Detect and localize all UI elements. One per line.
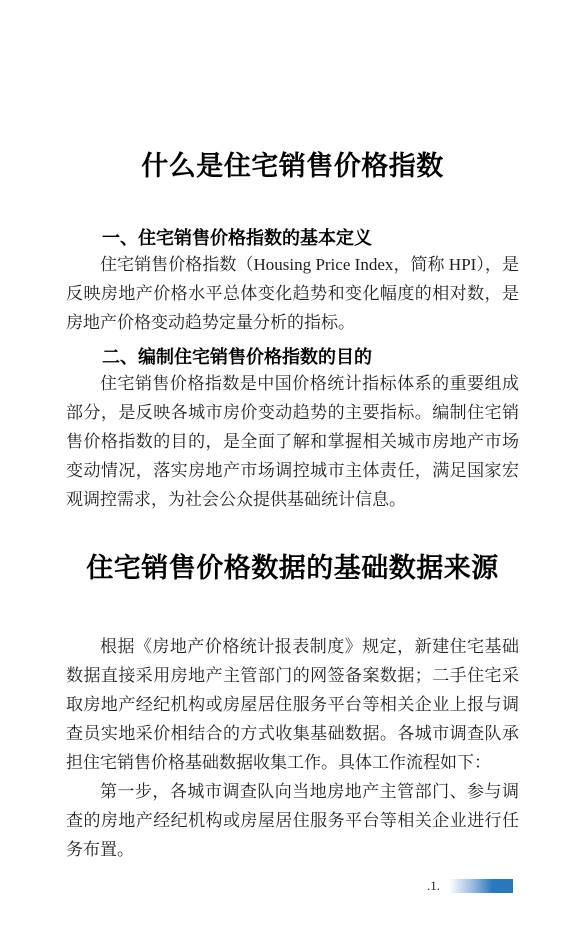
paragraph-data-sources: 根据《房地产价格统计报表制度》规定，新建住宅基础数据直接采用房地产主管部门的网签… xyxy=(66,632,519,777)
section-heading-compilation-purpose: 二、编制住宅销售价格指数的目的 xyxy=(66,345,519,369)
section-heading-basic-definition: 一、住宅销售价格指数的基本定义 xyxy=(66,226,519,250)
chapter-title-what-is-hpi: 什么是住宅销售价格指数 xyxy=(66,150,519,183)
chapter-title-data-sources: 住宅销售价格数据的基础数据来源 xyxy=(66,552,519,585)
page-footer: .1. xyxy=(427,879,513,893)
footer-gradient-bar xyxy=(449,879,513,893)
paragraph-step-one: 第一步，各城市调查队向当地房地产主管部门、参与调查的房地产经纪机构或房屋居住服务… xyxy=(66,777,519,864)
paragraph-compilation-purpose: 住宅销售价格指数是中国价格统计指标体系的重要组成部分，是反映各城市房价变动趋势的… xyxy=(66,369,519,514)
paragraph-basic-definition: 住宅销售价格指数（Housing Price Index，简称 HPI），是反映… xyxy=(66,250,519,337)
page-number: .1. xyxy=(427,879,440,893)
page-content: 什么是住宅销售价格指数 一、住宅销售价格指数的基本定义 住宅销售价格指数（Hou… xyxy=(0,0,588,864)
document-page: 什么是住宅销售价格指数 一、住宅销售价格指数的基本定义 住宅销售价格指数（Hou… xyxy=(0,0,588,946)
